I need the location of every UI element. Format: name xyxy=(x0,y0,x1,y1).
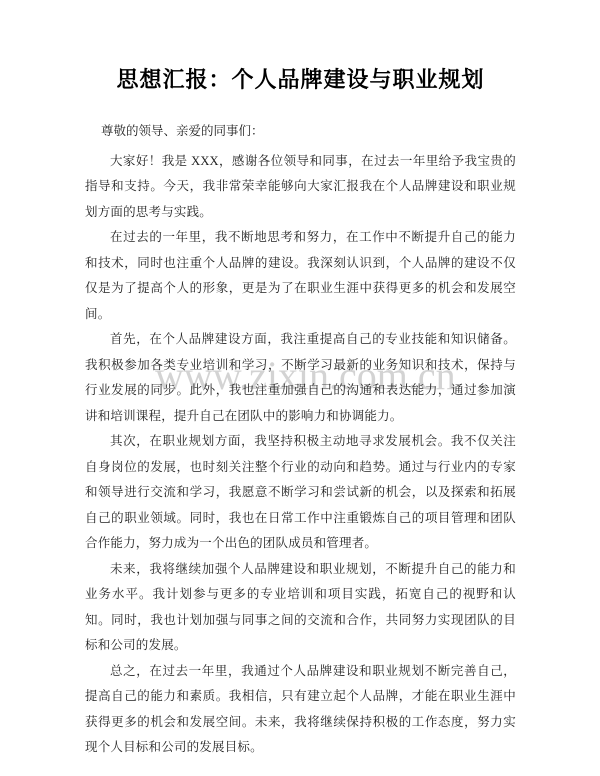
salutation-line: 尊敬的领导、亲爱的同事们： xyxy=(85,119,516,145)
body-paragraph-1: 大家好！我是 XXX，感谢各位领导和同事，在过去一年里给予我宝贵的指导和支持。今… xyxy=(85,149,516,226)
body-paragraph-5: 未来，我将继续加强个人品牌建设和职业规划，不断提升自己的能力和业务水平。我计划参… xyxy=(85,557,516,659)
body-paragraph-3: 首先，在个人品牌建设方面，我注重提高自己的专业技能和知识储备。我积极参加各类专业… xyxy=(85,327,516,429)
body-paragraph-6: 总之，在过去一年里，我通过个人品牌建设和职业规划不断完善自己，提高自己的能力和素… xyxy=(85,659,516,761)
document-page: www.zixin.com.cn 思想汇报：个人品牌建设与职业规划 尊敬的领导、… xyxy=(0,0,600,776)
document-content: 思想汇报：个人品牌建设与职业规划 尊敬的领导、亲爱的同事们： 大家好！我是 XX… xyxy=(0,0,600,761)
body-paragraph-4: 其次，在职业规划方面，我坚持积极主动地寻求发展机会。我不仅关注自身岗位的发展，也… xyxy=(85,429,516,557)
body-paragraph-2: 在过去的一年里，我不断地思考和努力，在工作中不断提升自己的能力和技术，同时也注重… xyxy=(85,225,516,327)
document-title: 思想汇报：个人品牌建设与职业规划 xyxy=(85,66,516,93)
